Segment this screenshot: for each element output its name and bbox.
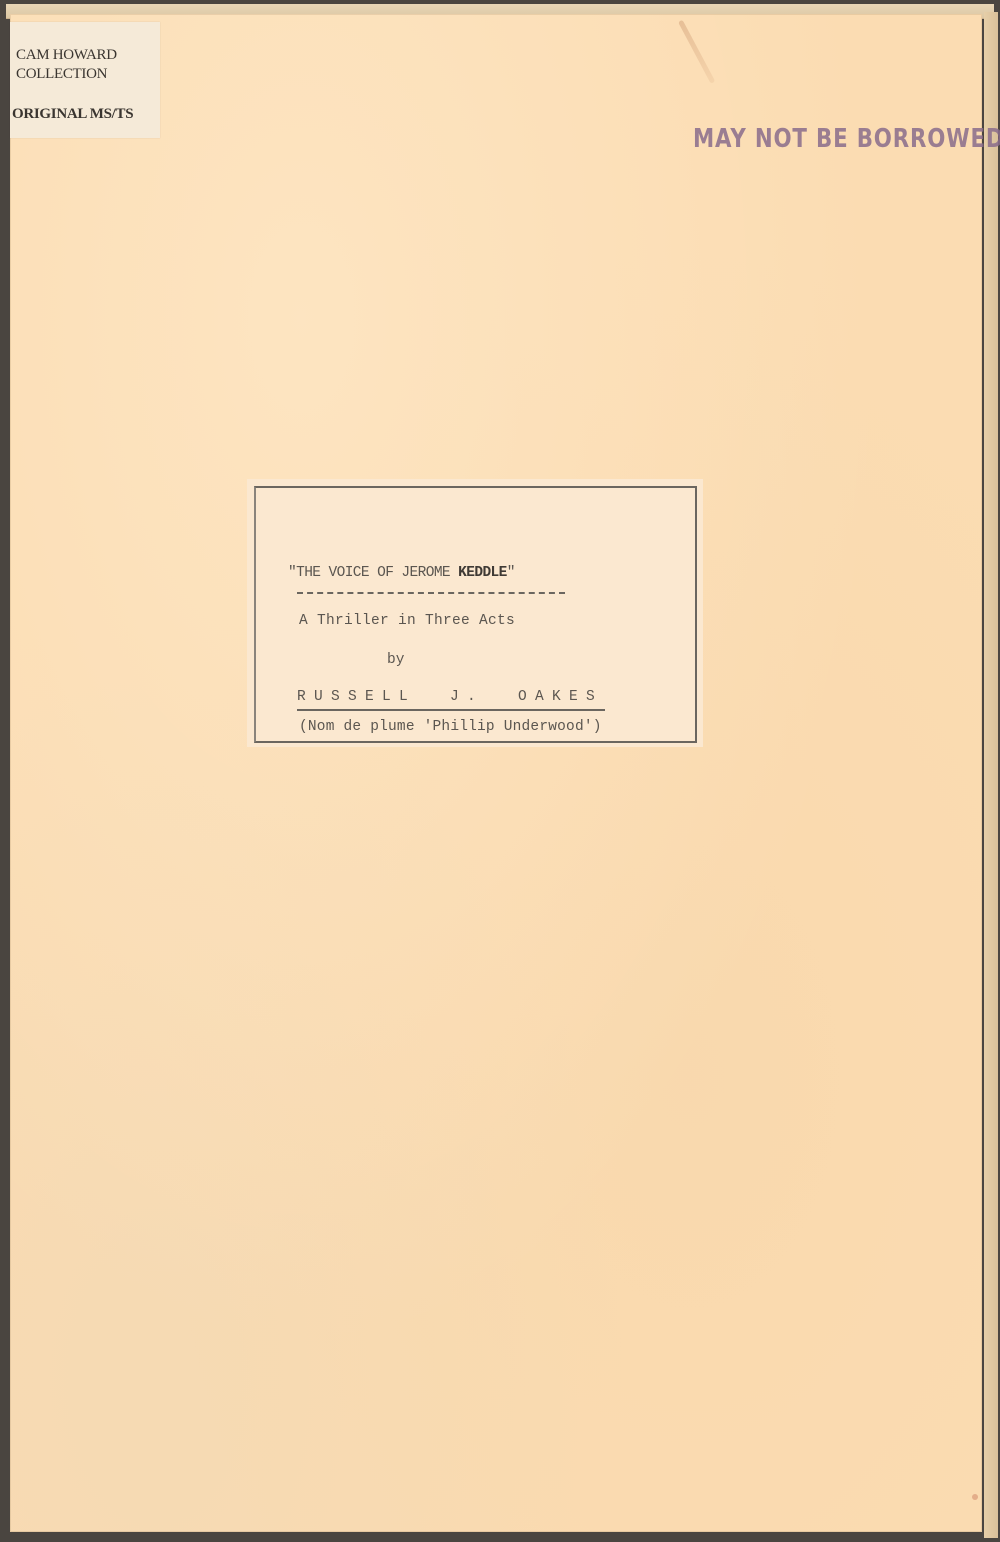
title-underline (297, 592, 565, 594)
title-slip: "THE VOICE OF JEROME KEDDLE" A Thriller … (247, 479, 703, 747)
play-title-pre: "THE VOICE OF JEROME (288, 565, 458, 581)
play-title: "THE VOICE OF JEROME KEDDLE" (288, 565, 515, 581)
paper-crease (678, 20, 715, 84)
author-underline (297, 709, 605, 711)
collection-label: CAM HOWARD COLLECTION ORIGINAL MS/TS (10, 22, 160, 138)
by-line: by (387, 652, 404, 668)
original-ms-ts-label: ORIGINAL MS/TS (12, 106, 133, 123)
paper-stain (972, 1494, 978, 1500)
may-not-be-borrowed-stamp: MAY NOT BE BORROWED (693, 124, 1000, 154)
play-title-post: " (507, 565, 515, 581)
collection-name-line2: COLLECTION (16, 65, 107, 83)
pen-name: (Nom de plume 'Phillip Underwood') (299, 719, 602, 735)
play-subtitle: A Thriller in Three Acts (299, 613, 515, 629)
collection-name-line1: CAM HOWARD (16, 46, 117, 64)
cover-page (10, 14, 982, 1532)
play-title-bold: KEDDLE (458, 565, 507, 581)
author-name: RUSSELL J. OAKES (297, 689, 603, 705)
paper-stack-right-edge (984, 12, 998, 1538)
